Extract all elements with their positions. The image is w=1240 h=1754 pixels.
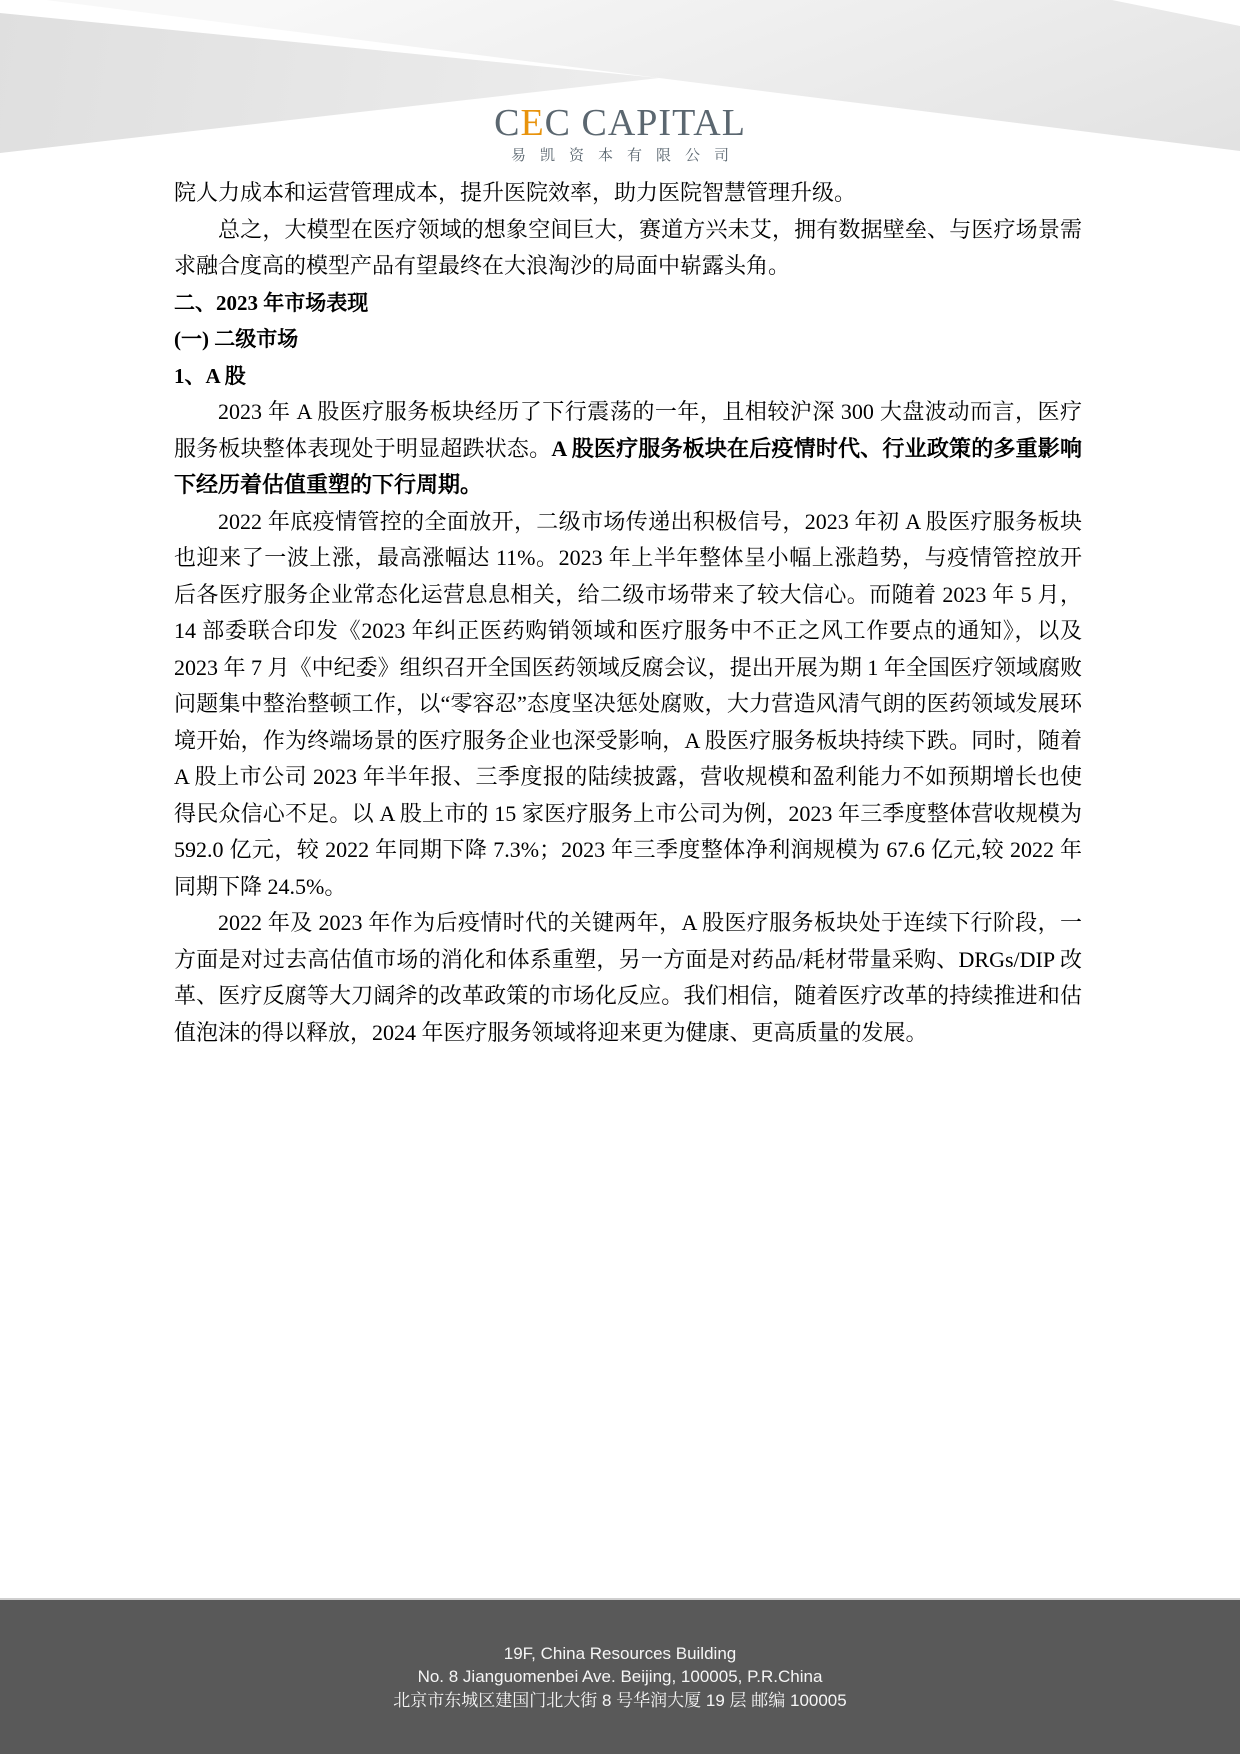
subsection-heading-2: 1、A 股	[174, 358, 1082, 395]
intro-paragraph: 总之，大模型在医疗领域的想象空间巨大，赛道方兴未艾，拥有数据壁垒、与医疗场景需求…	[174, 212, 1082, 285]
logo-chinese-name: 易凯资本有限公司	[0, 146, 1240, 166]
footer-address-en-line1: 19F, China Resources Building	[504, 1642, 736, 1666]
section-heading: 二、2023 年市场表现	[174, 285, 1082, 322]
letterhead-page: CEC CAPITAL 易凯资本有限公司 院人力成本和运营管理成本，提升医院效率…	[0, 0, 1240, 1754]
logo-letter-c1: C	[494, 102, 520, 144]
page-footer: 19F, China Resources Building No. 8 Jian…	[0, 1598, 1240, 1754]
logo-letter-e-accent: E	[520, 102, 544, 144]
logo-wordmark: CEC CAPITAL	[0, 103, 1240, 143]
footer-address-cn: 北京市东城区建国门北大街 8 号华润大厦 19 层 邮编 100005	[393, 1689, 846, 1713]
document-body: 院人力成本和运营管理成本，提升医院效率，助力医院智慧管理升级。 总之，大模型在医…	[174, 175, 1082, 1051]
footer-address-en-line2: No. 8 Jianguomenbei Ave. Beijing, 100005…	[418, 1665, 823, 1689]
continuation-paragraph: 院人力成本和运营管理成本，提升医院效率，助力医院智慧管理升级。	[174, 175, 1082, 212]
subsection-heading: (一) 二级市场	[174, 321, 1082, 358]
paragraph-a: 2023 年 A 股医疗服务板块经历了下行震荡的一年，且相较沪深 300 大盘波…	[174, 394, 1082, 504]
company-logo: CEC CAPITAL 易凯资本有限公司	[0, 103, 1240, 166]
paragraph-b: 2022 年底疫情管控的全面放开，二级市场传递出积极信号，2023 年初 A 股…	[174, 504, 1082, 906]
paragraph-c: 2022 年及 2023 年作为后疫情时代的关键两年，A 股医疗服务板块处于连续…	[174, 905, 1082, 1051]
logo-letters-rest: C CAPITAL	[545, 102, 746, 144]
